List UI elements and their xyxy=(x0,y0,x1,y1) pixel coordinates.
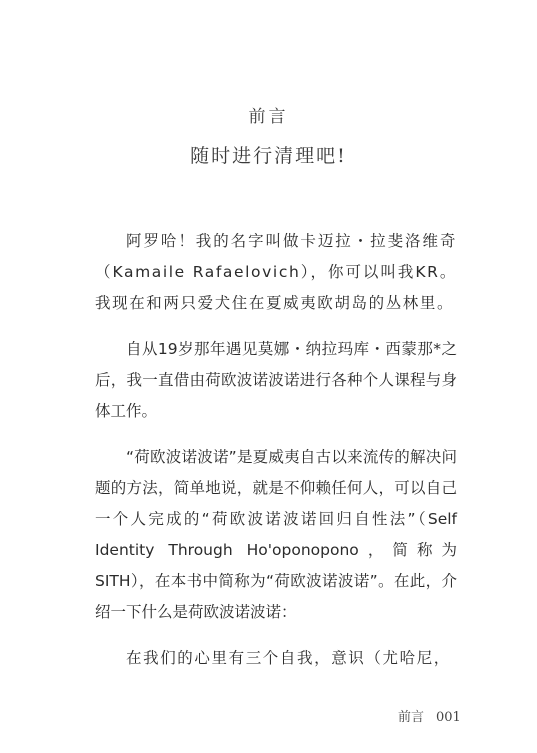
book-page: 前言 随时进行清理吧! 阿罗哈！我的名字叫做卡迈拉・拉斐洛维奇（Kamaile … xyxy=(0,0,537,753)
page-number: 001 xyxy=(436,710,461,725)
chapter-title: 随时进行清理吧! xyxy=(0,143,537,169)
footer-section: 前言 xyxy=(398,710,424,725)
paragraph-definition: “荷欧波诺波诺”是夏威夷自古以来流传的解决问题的方法，简单地说，就是不仰赖任何人… xyxy=(95,442,457,628)
chapter-label: 前言 xyxy=(0,106,537,128)
page-footer: 前言001 xyxy=(398,706,461,725)
body-text: 阿罗哈！我的名字叫做卡迈拉・拉斐洛维奇（Kamaile Rafaelovich）… xyxy=(95,226,457,689)
paragraph-intro: 阿罗哈！我的名字叫做卡迈拉・拉斐洛维奇（Kamaile Rafaelovich）… xyxy=(95,226,457,319)
paragraph-background: 自从19岁那年遇见莫娜・纳拉玛库・西蒙那*之后，我一直借由荷欧波诺波诺进行各种个… xyxy=(95,334,457,427)
paragraph-three-selves: 在我们的心里有三个自我，意识（尤哈尼， xyxy=(95,643,457,674)
